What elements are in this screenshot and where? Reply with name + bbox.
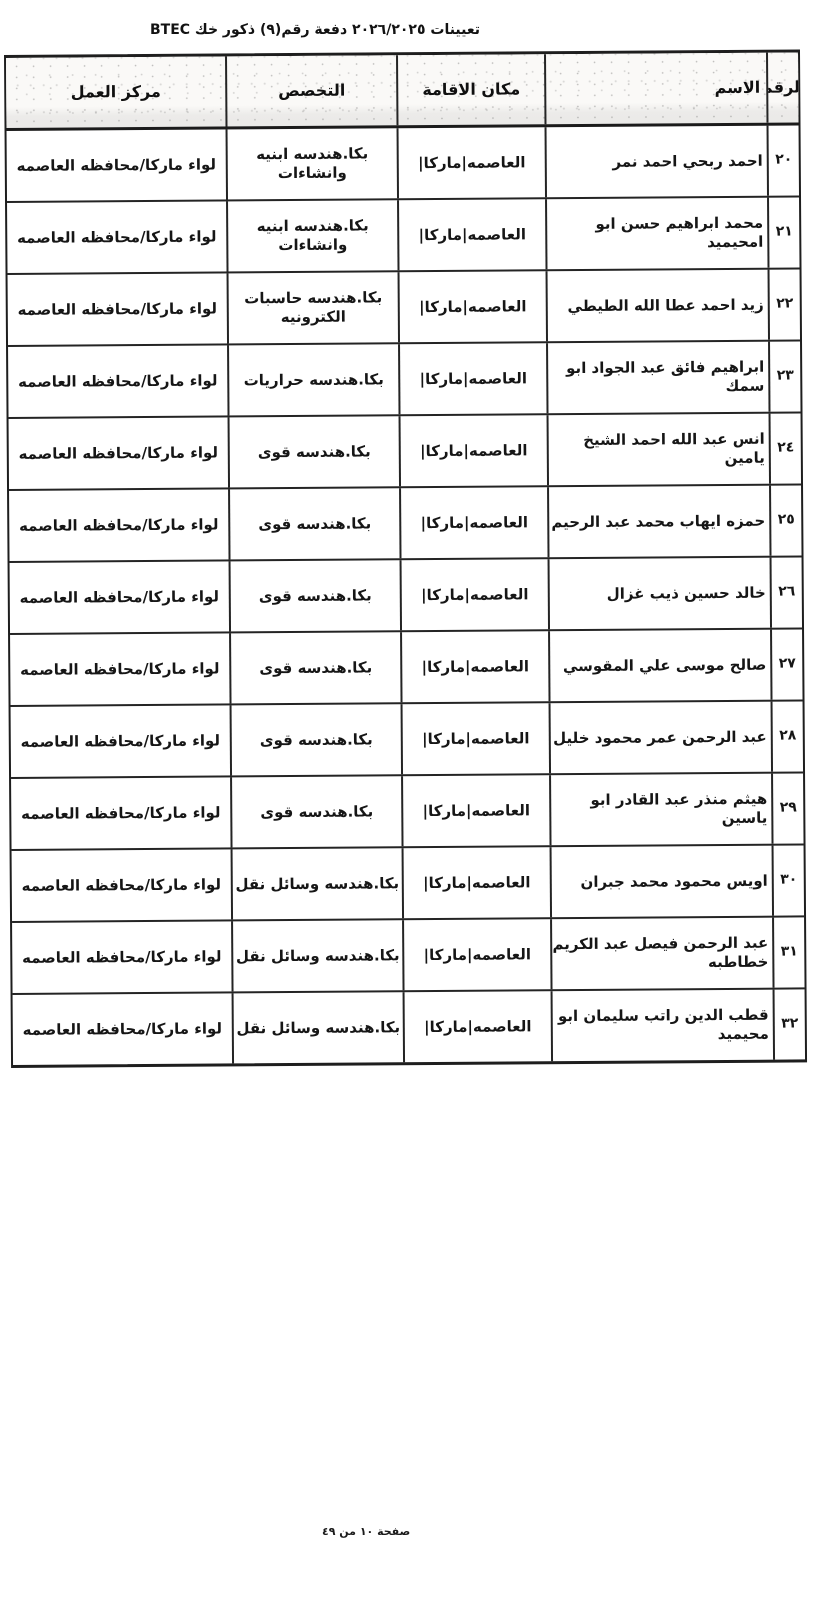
cell-work-center: لواء ماركا/محافظه العاصمه	[10, 561, 229, 633]
cell-number: ٢٢	[768, 269, 800, 339]
cell-number: ٣٢	[773, 989, 805, 1059]
cell-specialization: بكا.هندسه ابنيه وانشاءات	[226, 200, 397, 271]
cell-specialization: بكا.هندسه حراريات	[227, 344, 398, 415]
cell-number: ٣٠	[772, 845, 804, 915]
header-cell-number: الرقم	[766, 52, 798, 122]
cell-name: احمد ربحي احمد نمر	[545, 126, 767, 198]
cell-residence: العاصمه|ماركا|	[397, 199, 545, 270]
table-row: ٢٠ احمد ربحي احمد نمر العاصمه|ماركا| بكا…	[7, 125, 799, 203]
cell-number: ٢٧	[770, 629, 802, 699]
cell-number: ٢٤	[769, 413, 801, 483]
cell-work-center: لواء ماركا/محافظه العاصمه	[12, 849, 231, 921]
cell-name: خالد حسين ذيب غزال	[548, 558, 770, 630]
cell-specialization: بكا.هندسه قوى	[230, 776, 401, 847]
header-cell-name: الاسم	[544, 53, 766, 125]
cell-residence: العاصمه|ماركا|	[401, 703, 549, 774]
cell-residence: العاصمه|ماركا|	[401, 775, 549, 846]
table-row: ٢٨ عبد الرحمن عمر محمود خليل العاصمه|مار…	[11, 701, 803, 779]
header-cell-work-center: مركز العمل	[6, 56, 225, 128]
cell-specialization: بكا.هندسه وسائل نقل	[231, 848, 402, 919]
cell-work-center: لواء ماركا/محافظه العاصمه	[13, 993, 232, 1065]
cell-work-center: لواء ماركا/محافظه العاصمه	[9, 417, 228, 489]
cell-name: حمزه ايهاب محمد عبد الرحيم	[547, 486, 769, 558]
cell-number: ٢١	[767, 197, 799, 267]
cell-name: صالح موسى علي المقوسي	[548, 630, 770, 702]
cell-work-center: لواء ماركا/محافظه العاصمه	[12, 921, 231, 993]
table-scan-tilt-wrapper: الرقم الاسم مكان الاقامة التخصص مركز الع…	[4, 49, 807, 1068]
cell-residence: العاصمه|ماركا|	[400, 631, 548, 702]
table-row: ٣١ عبد الرحمن فيصل عبد الكريم خطاطبه الع…	[12, 917, 804, 995]
cell-residence: العاصمه|ماركا|	[402, 847, 550, 918]
table-row: ٢٦ خالد حسين ذيب غزال العاصمه|ماركا| بكا…	[10, 557, 802, 635]
cell-work-center: لواء ماركا/محافظه العاصمه	[11, 777, 230, 849]
table-row: ٢١ محمد ابراهيم حسن ابو امحيميد العاصمه|…	[7, 197, 799, 275]
cell-specialization: بكا.هندسه قوى	[228, 416, 399, 487]
table-row: ٢٧ صالح موسى علي المقوسي العاصمه|ماركا| …	[10, 629, 802, 707]
cell-residence: العاصمه|ماركا|	[397, 127, 545, 198]
cell-name: قطب الدين راتب سليمان ابو محيميد	[551, 990, 773, 1062]
cell-specialization: بكا.هندسه قوى	[229, 632, 400, 703]
cell-specialization: بكا.هندسه وسائل نقل	[231, 920, 402, 991]
cell-name: عبد الرحمن فيصل عبد الكريم خطاطبه	[550, 918, 772, 990]
cell-residence: العاصمه|ماركا|	[403, 991, 551, 1062]
cell-name: زيد احمد عطا الله الطيطي	[546, 270, 768, 342]
cell-residence: العاصمه|ماركا|	[400, 559, 548, 630]
cell-specialization: بكا.هندسه ابنيه وانشاءات	[226, 128, 397, 199]
cell-work-center: لواء ماركا/محافظه العاصمه	[8, 345, 227, 417]
cell-work-center: لواء ماركا/محافظه العاصمه	[8, 273, 227, 345]
cell-work-center: لواء ماركا/محافظه العاصمه	[7, 201, 226, 273]
cell-work-center: لواء ماركا/محافظه العاصمه	[9, 489, 228, 561]
cell-residence: العاصمه|ماركا|	[399, 415, 547, 486]
page-title: تعيينات ٢٠٢٦/٢٠٢٥ دفعة رقم(٩) ذكور خك BT…	[150, 22, 480, 39]
cell-work-center: لواء ماركا/محافظه العاصمه	[10, 633, 229, 705]
header-cell-residence: مكان الاقامة	[396, 54, 544, 125]
cell-specialization: بكا.هندسه قوى	[228, 488, 399, 559]
table-row: ٢٢ زيد احمد عطا الله الطيطي العاصمه|مارك…	[8, 269, 800, 347]
cell-number: ٣١	[772, 917, 804, 987]
cell-number: ٢٠	[767, 125, 799, 195]
cell-number: ٢٦	[770, 557, 802, 627]
cell-residence: العاصمه|ماركا|	[398, 271, 546, 342]
table-row: ٣٠ اويس محمود محمد جبران العاصمه|ماركا| …	[12, 845, 804, 923]
header-cell-specialization: التخصص	[225, 55, 396, 126]
cell-number: ٢٩	[771, 773, 803, 843]
cell-residence: العاصمه|ماركا|	[398, 343, 546, 414]
table-header-row: الرقم الاسم مكان الاقامة التخصص مركز الع…	[6, 52, 798, 131]
cell-name: عبد الرحمن عمر محمود خليل	[549, 702, 771, 774]
cell-specialization: بكا.هندسه قوى	[229, 560, 400, 631]
cell-number: ٢٣	[768, 341, 800, 411]
cell-residence: العاصمه|ماركا|	[402, 919, 550, 990]
cell-specialization: بكا.هندسه حاسبات الكترونيه	[227, 272, 398, 343]
page-footer: صفحة ١٠ من ٤٩	[322, 1525, 410, 1538]
cell-name: محمد ابراهيم حسن ابو امحيميد	[545, 198, 767, 270]
cell-work-center: لواء ماركا/محافظه العاصمه	[11, 705, 230, 777]
cell-name: ابراهيم فائق عبد الجواد ابو سمك	[546, 342, 768, 414]
cell-name: انس عبد الله احمد الشيخ يامين	[547, 414, 769, 486]
cell-work-center: لواء ماركا/محافظه العاصمه	[7, 129, 226, 201]
table-row: ٣٢ قطب الدين راتب سليمان ابو محيميد العا…	[13, 989, 805, 1065]
table-row: ٢٥ حمزه ايهاب محمد عبد الرحيم العاصمه|ما…	[9, 485, 801, 563]
table-row: ٢٤ انس عبد الله احمد الشيخ يامين العاصمه…	[9, 413, 801, 491]
cell-number: ٢٥	[769, 485, 801, 555]
appointments-table: الرقم الاسم مكان الاقامة التخصص مركز الع…	[4, 49, 807, 1068]
cell-name: هيثم منذر عبد القادر ابو ياسين	[549, 774, 771, 846]
table-row: ٢٩ هيثم منذر عبد القادر ابو ياسين العاصم…	[11, 773, 803, 851]
cell-name: اويس محمود محمد جبران	[550, 846, 772, 918]
table-body: ٢٠ احمد ربحي احمد نمر العاصمه|ماركا| بكا…	[7, 125, 806, 1065]
cell-specialization: بكا.هندسه وسائل نقل	[232, 992, 403, 1063]
cell-specialization: بكا.هندسه قوى	[230, 704, 401, 775]
cell-number: ٢٨	[771, 701, 803, 771]
table-row: ٢٣ ابراهيم فائق عبد الجواد ابو سمك العاص…	[8, 341, 800, 419]
cell-residence: العاصمه|ماركا|	[399, 487, 547, 558]
